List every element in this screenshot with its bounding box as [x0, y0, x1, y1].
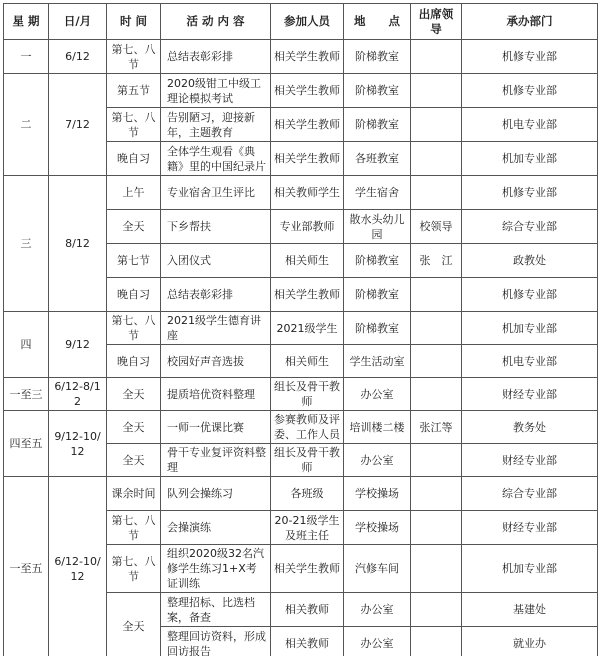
department-cell: 财经专业部 [462, 378, 598, 411]
location-cell: 学校操场 [344, 511, 411, 545]
weekday-cell: 一至三 [4, 378, 49, 411]
time-cell: 晚自习 [107, 142, 161, 176]
participants-cell: 专业部教师 [271, 210, 344, 244]
header-time: 时 间 [107, 4, 161, 40]
table-row: 三 8/12 上午 专业宿舍卫生评比 相关教师学生 学生宿舍 机修专业部 [4, 176, 598, 210]
participants-cell: 20-21级学生及班主任 [271, 511, 344, 545]
participants-cell: 相关师生 [271, 345, 344, 378]
department-cell: 机修专业部 [462, 278, 598, 312]
header-location: 地 点 [344, 4, 411, 40]
activity-schedule-table: 星 期 日/月 时 间 活 动 内 容 参加人员 地 点 出席领导 承办部门 一… [3, 3, 598, 656]
location-cell: 阶梯教室 [344, 74, 411, 108]
activity-cell: 告别陋习，迎接新年，主题教育 [161, 108, 271, 142]
participants-cell: 相关学生教师 [271, 545, 344, 593]
date-cell: 6/12-10/12 [49, 477, 107, 656]
date-cell: 9/12 [49, 312, 107, 378]
participants-cell: 相关学生教师 [271, 142, 344, 176]
activity-cell: 全体学生观看《典籍》里的中国纪录片 [161, 142, 271, 176]
location-cell: 阶梯教室 [344, 278, 411, 312]
department-cell: 机修专业部 [462, 40, 598, 74]
participants-cell: 组长及骨干教师 [271, 444, 344, 477]
location-cell: 学生宿舍 [344, 176, 411, 210]
leader-cell [411, 444, 462, 477]
participants-cell: 相关师生 [271, 244, 344, 278]
department-cell: 综合专业部 [462, 210, 598, 244]
time-cell: 第七节 [107, 244, 161, 278]
location-cell: 各班教室 [344, 142, 411, 176]
department-cell: 财经专业部 [462, 444, 598, 477]
participants-cell: 相关教师 [271, 593, 344, 627]
leader-cell [411, 108, 462, 142]
department-cell: 政教处 [462, 244, 598, 278]
department-cell: 机加专业部 [462, 545, 598, 593]
location-cell: 阶梯教室 [344, 108, 411, 142]
header-row: 星 期 日/月 时 间 活 动 内 容 参加人员 地 点 出席领导 承办部门 [4, 4, 598, 40]
time-cell: 第七、八节 [107, 312, 161, 345]
participants-cell: 各班级 [271, 477, 344, 511]
location-cell: 散水头幼儿园 [344, 210, 411, 244]
time-cell: 课余时间 [107, 477, 161, 511]
location-cell: 阶梯教室 [344, 312, 411, 345]
department-cell: 基建处 [462, 593, 598, 627]
activity-cell: 整理招标、比选档案，备查 [161, 593, 271, 627]
leader-cell [411, 40, 462, 74]
activity-cell: 校园好声音选拔 [161, 345, 271, 378]
activity-cell: 2020级钳工中级工理论模拟考试 [161, 74, 271, 108]
weekday-cell: 四至五 [4, 411, 49, 477]
location-cell: 阶梯教室 [344, 244, 411, 278]
activity-cell: 一师一优课比赛 [161, 411, 271, 444]
time-cell: 全天 [107, 444, 161, 477]
date-cell: 7/12 [49, 74, 107, 176]
header-leader: 出席领导 [411, 4, 462, 40]
header-activity: 活 动 内 容 [161, 4, 271, 40]
time-cell: 第五节 [107, 74, 161, 108]
location-cell: 办公室 [344, 627, 411, 656]
weekday-cell: 一至五 [4, 477, 49, 656]
leader-cell [411, 345, 462, 378]
location-cell: 培训楼二楼 [344, 411, 411, 444]
time-cell: 上午 [107, 176, 161, 210]
activity-cell: 下乡帮扶 [161, 210, 271, 244]
time-cell: 全天 [107, 378, 161, 411]
time-cell: 第七、八节 [107, 40, 161, 74]
table-row: 一至三 6/12-8/12 全天 提质培优资料整理 组长及骨干教师 办公室 财经… [4, 378, 598, 411]
department-cell: 机修专业部 [462, 74, 598, 108]
activity-cell: 2021级学生德育讲座 [161, 312, 271, 345]
activity-cell: 总结表彰彩排 [161, 40, 271, 74]
participants-cell: 相关学生教师 [271, 40, 344, 74]
header-participants: 参加人员 [271, 4, 344, 40]
department-cell: 机加专业部 [462, 312, 598, 345]
leader-cell: 张江等 [411, 411, 462, 444]
header-weekday: 星 期 [4, 4, 49, 40]
participants-cell: 相关学生教师 [271, 278, 344, 312]
table-row: 一至五 6/12-10/12 课余时间 队列会操练习 各班级 学校操场 综合专业… [4, 477, 598, 511]
department-cell: 综合专业部 [462, 477, 598, 511]
department-cell: 机修专业部 [462, 176, 598, 210]
leader-cell [411, 627, 462, 656]
leader-cell [411, 176, 462, 210]
table-row: 二 7/12 第五节 2020级钳工中级工理论模拟考试 相关学生教师 阶梯教室 … [4, 74, 598, 108]
leader-cell [411, 74, 462, 108]
participants-cell: 相关学生教师 [271, 108, 344, 142]
participants-cell: 相关教师 [271, 627, 344, 656]
leader-cell: 张 江 [411, 244, 462, 278]
table-row: 四 9/12 第七、八节 2021级学生德育讲座 2021级学生 阶梯教室 机加… [4, 312, 598, 345]
activity-cell: 入团仪式 [161, 244, 271, 278]
table-row: 一 6/12 第七、八节 总结表彰彩排 相关学生教师 阶梯教室 机修专业部 [4, 40, 598, 74]
time-cell: 第七、八节 [107, 511, 161, 545]
time-cell: 全天 [107, 411, 161, 444]
weekday-cell: 一 [4, 40, 49, 74]
time-cell: 晚自习 [107, 278, 161, 312]
location-cell: 阶梯教室 [344, 40, 411, 74]
leader-cell: 校领导 [411, 210, 462, 244]
location-cell: 办公室 [344, 444, 411, 477]
department-cell: 机电专业部 [462, 345, 598, 378]
department-cell: 机电专业部 [462, 108, 598, 142]
time-cell: 第七、八节 [107, 108, 161, 142]
department-cell: 财经专业部 [462, 511, 598, 545]
time-cell: 晚自习 [107, 345, 161, 378]
date-cell: 6/12 [49, 40, 107, 74]
activity-cell: 骨干专业复评资料整理 [161, 444, 271, 477]
activity-cell: 专业宿舍卫生评比 [161, 176, 271, 210]
department-cell: 机加专业部 [462, 142, 598, 176]
leader-cell [411, 312, 462, 345]
leader-cell [411, 378, 462, 411]
activity-cell: 整理回访资料，形成回访报告 [161, 627, 271, 656]
department-cell: 教务处 [462, 411, 598, 444]
activity-cell: 提质培优资料整理 [161, 378, 271, 411]
participants-cell: 2021级学生 [271, 312, 344, 345]
location-cell: 学生活动室 [344, 345, 411, 378]
date-cell: 6/12-8/12 [49, 378, 107, 411]
location-cell: 办公室 [344, 378, 411, 411]
leader-cell [411, 545, 462, 593]
location-cell: 学校操场 [344, 477, 411, 511]
header-date: 日/月 [49, 4, 107, 40]
activity-cell: 组织2020级32名汽修学生练习1+X考证训练 [161, 545, 271, 593]
activity-cell: 队列会操练习 [161, 477, 271, 511]
participants-cell: 组长及骨干教师 [271, 378, 344, 411]
weekday-cell: 三 [4, 176, 49, 312]
participants-cell: 相关学生教师 [271, 74, 344, 108]
date-cell: 8/12 [49, 176, 107, 312]
leader-cell [411, 593, 462, 627]
location-cell: 办公室 [344, 593, 411, 627]
time-cell: 第七、八节 [107, 545, 161, 593]
location-cell: 汽修车间 [344, 545, 411, 593]
table-row: 四至五 9/12-10/12 全天 一师一优课比赛 参赛教师及评委、工作人员 培… [4, 411, 598, 444]
activity-cell: 总结表彰彩排 [161, 278, 271, 312]
department-cell: 就业办 [462, 627, 598, 656]
time-cell: 全天 [107, 210, 161, 244]
leader-cell [411, 142, 462, 176]
participants-cell: 参赛教师及评委、工作人员 [271, 411, 344, 444]
activity-cell: 会操演练 [161, 511, 271, 545]
leader-cell [411, 278, 462, 312]
header-department: 承办部门 [462, 4, 598, 40]
weekday-cell: 二 [4, 74, 49, 176]
leader-cell [411, 511, 462, 545]
participants-cell: 相关教师学生 [271, 176, 344, 210]
leader-cell [411, 477, 462, 511]
time-cell: 全天 [107, 593, 161, 656]
date-cell: 9/12-10/12 [49, 411, 107, 477]
weekday-cell: 四 [4, 312, 49, 378]
